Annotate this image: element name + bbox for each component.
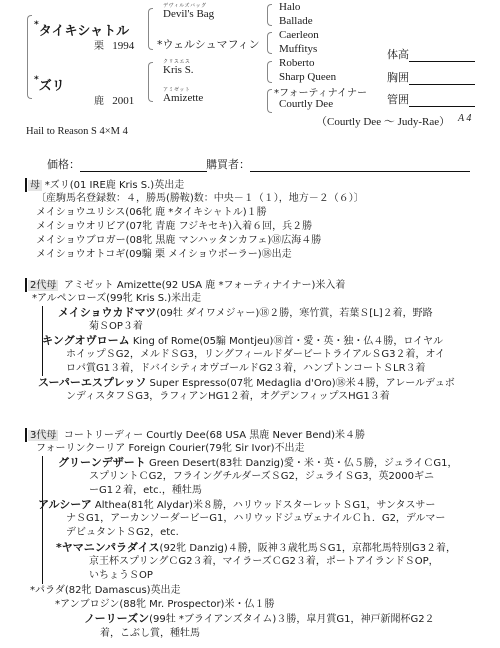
gen3-name: Ballade [279,15,313,27]
gen3-name: Roberto [279,57,314,69]
descendant-entry-cont: ナＳG1，アーカンソーダービーG1，ハリウッドジュヴェナイルＣｈ．G2，デルマー [66,512,445,526]
gen2-sire-sire: Devil's Bag [163,8,214,20]
second-dam-child: *アルペンローズ(99牝 Kris S.)米出走 [32,292,201,306]
section-marker [25,428,27,442]
gen3-bracket [267,4,272,26]
gen3-name: Halo [279,1,300,13]
produce-item: メイショウブロガー(08牝 黒鹿 マンハッタンカフェ)⑱広海４勝 [36,234,321,248]
descendant-entry: グリーンデザート Green Desert(83牡 Danzig)愛・米・英・仏… [58,456,458,471]
descendant-entry-cont: ーG1２着，etc.，種牡馬 [89,484,202,498]
gen3-name: Courtly Dee [279,98,333,110]
descendant-entry-cont: 菊ＳOP３着 [89,320,143,334]
chest-input-line[interactable] [409,72,475,85]
family-code: A 4 [458,113,471,124]
height-field: 体高 [387,46,475,62]
gen3-name: Caerleon [279,29,319,41]
descendant-entry: アルシーア Althea(81牝 Alydar)米８勝，ハリウッドスターレットＳ… [38,498,435,513]
descendant-entry: キングオヴローム King of Rome(05騸 Montjeu)⑱首・愛・英… [42,334,443,349]
height-input-line[interactable] [409,49,475,62]
gen3-name: Muffitys [279,43,317,55]
dam-stats: 〔産駒馬名登録数：４，勝馬(勝鞍)数：中央－１（１），地方－２（６）〕 [36,192,364,206]
inbreeding-note: Hail to Reason S 4×M 4 [26,126,128,137]
price-field: 価格： [47,156,207,172]
third-dam-header: 3代母 コートリーディー Courtly Dee(68 USA 黒鹿 Never… [28,428,365,443]
sire-bracket [148,8,153,50]
dam-header: 母 *ズリ(01 IRE鹿 Kris S.)英出走 [28,178,184,193]
descendant-line [42,456,43,584]
descendant-entry-cont: ンディスタフＳG3，ラフィアンHG1２着，オグデンフィップスHG1３着 [66,390,390,404]
dam-color-year: 鹿 2001 [94,92,134,107]
buyer-input-line[interactable] [250,159,470,172]
dam-bracket [148,62,153,102]
gen3-name: *フォーティナイナー [274,84,367,99]
family-line: （Courtly Dee ～ Judy-Rae） [316,113,450,129]
descendant-entry: メイショウカドマツ(09牡 ダイワメジャー)⑱２勝，寒竹賞，若葉Ｓ[L]２着，野… [58,306,433,321]
descendant-entry: *ヤマニンパラダイス(92牝 Danzig)４勝，阪神３歳牝馬ＳG1，京都牝馬特… [56,541,456,556]
cannon-field: 管囲 [387,91,475,107]
descendant-entry-cont: いちょうＳOP [89,569,153,583]
sire-color-year: 栗 1994 [94,37,134,52]
produce-item: メイショウユリシス(06牝 鹿 *タイキシャトル)１勝 [36,206,267,220]
gen2-dam-sire: Kris S. [163,64,194,76]
buyer-field: 購買者： [206,156,470,172]
gen3-bracket [267,32,272,54]
descendant-entry: スーパーエスプレッソ Super Espresso(07牝 Medaglia d… [38,376,455,391]
third-dam-grandchild: *アンブロジン(88牝 Mr. Prospector)米・仏１勝 [55,598,274,612]
produce-item: メイショウオトコギ(09騸 栗 メイショウボーラー)⑱出走 [36,248,292,262]
section-marker [25,278,27,292]
descendant-entry-cont: スプリントＣG2，フライングチルダーズＳG2，ジュライＳG3，英2000ギニ [89,470,434,484]
gen2-sire-dam: *ウェルシュマフィン [157,36,260,52]
gen2-dam-dam: Amizette [163,92,203,104]
price-input-line[interactable] [80,159,207,172]
gen3-name: Sharp Queen [279,71,336,83]
produce-item: メイショウオリビア(07牝 青鹿 フジキセキ)入着６回，兵２勝 [36,220,312,234]
pedigree-bracket [27,15,32,99]
gen3-bracket [267,61,272,83]
descendant-entry-cont: デビュタントＳG2，etc. [66,526,179,540]
section-marker [25,178,27,192]
descendant-entry-cont: ロパ賞G1３着，ドバイシティオヴゴールドG2３着，ハンプトンコートＳLR３着 [66,362,426,376]
second-dam-header: 2代母 アミゼット Amizette(92 USA 鹿 *フォーティナイナー)米… [28,278,345,293]
cannon-input-line[interactable] [409,94,475,107]
gen3-bracket [267,89,272,113]
third-dam-child: フォーリンクーリア Foreign Courier(79牝 Sir Ivor)不… [36,442,305,456]
descendant-entry: ノーリーズン(99牡 *ブライアンズタイム)３勝，皐月賞G1，神戸新聞杯G2２ [84,612,435,627]
descendant-entry-cont: 着，こぶし賞，種牡馬 [100,627,200,641]
descendant-entry-cont: 京王杯スプリングＣG2３着，マイラーズＣG2３着，ポートアイランドＳOP， [89,555,439,569]
dam-name: *ズリ [34,75,65,94]
third-dam-child: *パラダ(82牝 Damascus)英出走 [30,584,181,598]
chest-field: 胸囲 [387,69,475,85]
descendant-entry-cont: ホイップＳG2，メルドＳG3，リングフィールドダービートライアルＳG3２着，オイ [66,348,445,362]
